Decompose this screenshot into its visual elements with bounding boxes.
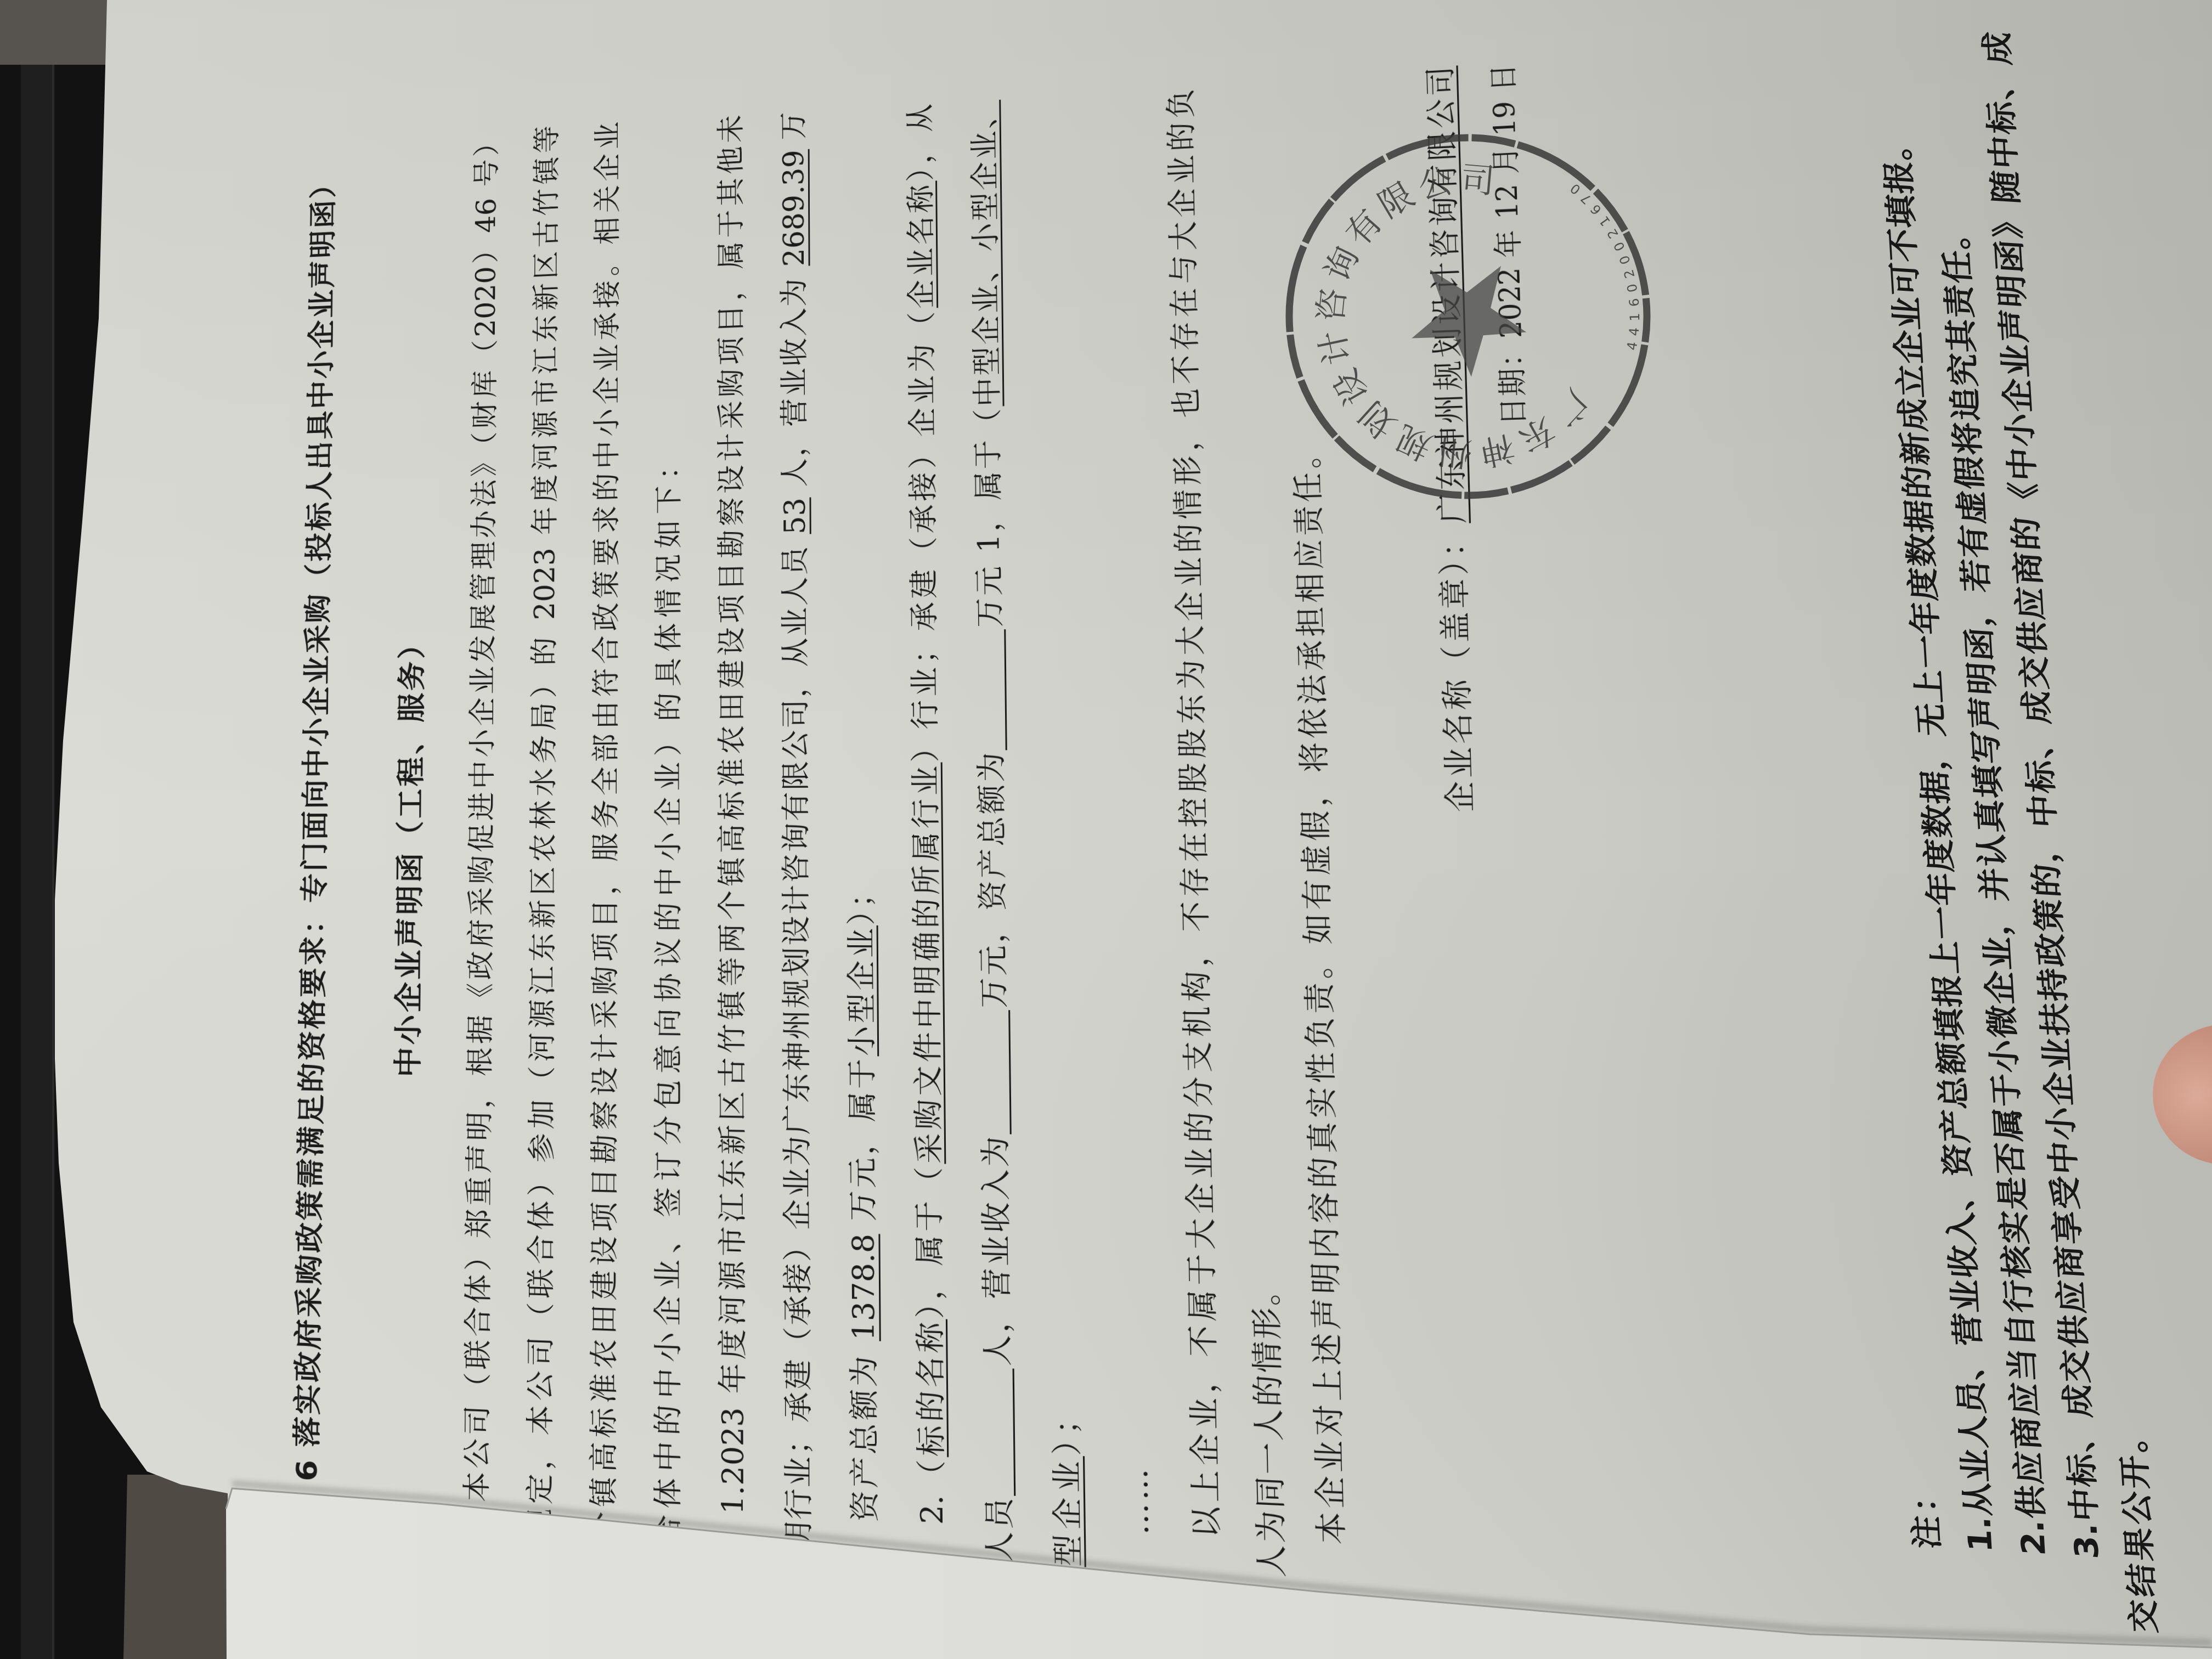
placeholder-industry: 采购文件中明确的所属行业 — [909, 762, 946, 1164]
line-text: 人，营业收入为 — [777, 266, 811, 498]
body-line: 规定，本公司（联合体）参加（河源江东新区农林水务局）的 2023 年度河源市江东… — [523, 125, 563, 1539]
total-assets-value: 1378.8 — [846, 1233, 881, 1341]
line-text: 本企业对上述声明内容的真实性负责。如有虚假，将依法承担相应责任。 — [1289, 438, 1351, 1545]
line-text: 人，营业收入为 — [978, 1134, 1016, 1369]
blank-assets-field — [982, 629, 1007, 751]
size-options: 型企业 — [1049, 1454, 1087, 1567]
line-text: ）； — [844, 878, 879, 926]
line-text: 万元 1，属于（ — [970, 406, 1007, 630]
enterprise-item-1: 1.2023 年度河源市江东新区古竹镇等两个镇高标准农田建设项目勘察设计采购项目… — [715, 114, 751, 1515]
body-line: 明行业；承建（承接）企业为广东神州规划设计咨询有限公司，从业人员 53 人，营业… — [777, 110, 817, 1553]
line-text: 本公司（联合体）郑重声明，根据《政府采购促进中小企业发展管理办法》（财库（202… — [460, 128, 503, 1503]
line-text: ，资产总额为 — [847, 1340, 883, 1556]
enterprise-item-2: 2.（标的名称），属于（采购文件中明确的所属行业）行业；承建（承接）企业为（企业… — [904, 103, 951, 1525]
body-line: 以上企业，不属于大企业的分支机构，不存在控股股东为大企业的情形，也不存在与大企业… — [1164, 88, 1226, 1539]
placeholder-subject-name: 标的名称 — [913, 1318, 949, 1458]
line-text: ）行业；承建（承接）企业为（ — [905, 308, 943, 763]
placeholder-enterprise-name: 企业名称 — [904, 180, 939, 309]
notes-label: 注： — [1905, 1475, 1946, 1550]
company-label: 企业名称（盖章）： — [1435, 523, 1480, 812]
note-item-3-continuation: 交结果公开。 — [2114, 1415, 2164, 1634]
section-heading: 6 落实政府采购政策需满足的资格要求：专门面向中小企业采购（投标人出具中小企业声… — [291, 170, 340, 1482]
size-options: 中型企业、小型企业、 — [967, 100, 1005, 408]
line-text: 人为同一人的情形。 — [1248, 1273, 1291, 1578]
line-text: 规定，本公司（联合体）参加（河源江东新区农林水务局）的 2023 年度河源市江东… — [523, 125, 563, 1539]
body-line: 本公司（联合体）郑重声明，根据《政府采购促进中小企业发展管理办法》（财库（202… — [460, 128, 503, 1503]
employee-count: 53 — [778, 497, 811, 534]
body-line: ，资产总额为 1378.8 万元，属于小型企业）； — [844, 878, 884, 1556]
line-text: 2.（ — [914, 1455, 950, 1525]
revenue-value: 2689.39 — [777, 149, 810, 268]
line-text: 1.2023 年度河源市江东新区古竹镇等两个镇高标准农田建设项目勘察设计采购项目… — [715, 114, 751, 1515]
line-text: ）； — [1048, 1402, 1085, 1456]
laptop-edge — [21, 65, 54, 1659]
line-text: 个镇高标准农田建设项目勘察设计采购项目，服务全部由符合政策要求的中小企业承接。相… — [587, 121, 624, 1543]
body-line: 人为同一人的情形。 — [1248, 1273, 1292, 1578]
body-line: 人员人，营业收入为万元，资产总额为万元 1，属于（中型企业、小型企业、 — [967, 100, 1018, 1564]
ellipsis-line: …… — [1118, 1464, 1156, 1535]
photo-scene: 6 落实政府采购政策需满足的资格要求：专门面向中小企业采购（投标人出具中小企业声… — [0, 0, 2212, 1659]
line-text: ），属于（ — [912, 1163, 948, 1319]
desk-surface-bottom — [123, 1475, 246, 1659]
line-text: 明行业；承建（承接）企业为广东神州规划设计咨询有限公司，从业人员 — [778, 534, 816, 1553]
line-text: 万元，属于 — [845, 1056, 881, 1234]
enterprise-size: 小型企业 — [844, 926, 879, 1057]
line-text: 万元，资产总额为 — [974, 750, 1012, 1011]
body-line: 个镇高标准农田建设项目勘察设计采购项目，服务全部由符合政策要求的中小企业承接。相… — [587, 121, 624, 1543]
blank-revenue-field — [986, 1010, 1012, 1135]
blank-employee-field — [990, 1368, 1015, 1496]
line-text: 万 — [777, 111, 810, 151]
line-text: ），从 — [904, 103, 938, 182]
declaration-title: 中小企业声明函（工程、服务） — [392, 629, 429, 1077]
star-icon — [1391, 245, 1534, 392]
body-line: 合体中的中小企业、签订分包意向协议的中小企业）的具体情况如下： — [651, 451, 686, 1547]
line-text: 人员 — [981, 1494, 1018, 1564]
line-text: 合体中的中小企业、签订分包意向协议的中小企业）的具体情况如下： — [651, 451, 685, 1547]
line-text: …… — [1118, 1464, 1155, 1535]
body-line: 型企业）； — [1048, 1402, 1087, 1567]
liability-statement: 本企业对上述声明内容的真实性负责。如有虚假，将依法承担相应责任。 — [1289, 438, 1351, 1545]
line-text: 以上企业，不属于大企业的分支机构，不存在控股股东为大企业的情形，也不存在与大企业… — [1164, 88, 1226, 1539]
